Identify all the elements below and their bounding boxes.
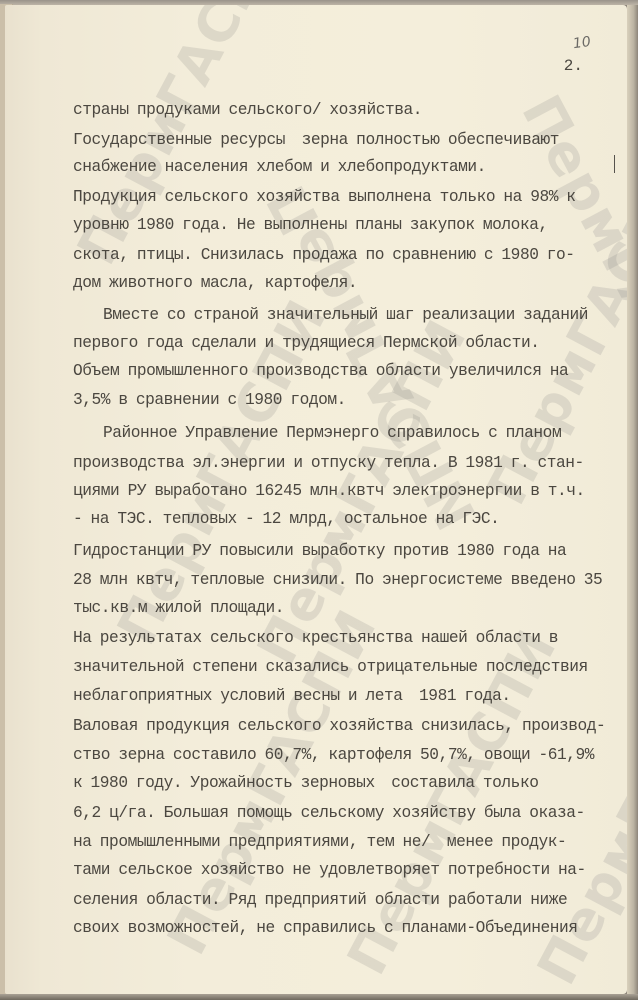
text-line: значительной степени сказались отрицател… bbox=[73, 657, 588, 677]
text-line: тыс.кв.м жилой площади. bbox=[73, 598, 284, 618]
text-line: неблагоприятных условий весны и лета 198… bbox=[73, 686, 511, 706]
text-line: Валовая продукция сельского хозяйства сн… bbox=[73, 716, 605, 736]
text-line: 3,5% в сравнении с 1980 годом. bbox=[73, 390, 346, 410]
margin-mark bbox=[614, 155, 615, 173]
text-line: уровню 1980 года. Не выполнены планы зак… bbox=[73, 215, 548, 235]
text-line: - на ТЭС. тепловых - 12 млрд, остальное … bbox=[73, 509, 499, 529]
text-line: 6,2 ц/га. Большая помощь сельскому хозяй… bbox=[73, 803, 585, 823]
scan-bottom-edge bbox=[0, 994, 638, 1000]
text-line: на промышленными предприятиями, тем не/ … bbox=[73, 832, 566, 852]
text-line: селения области. Ряд предприятий области… bbox=[73, 890, 567, 910]
text-line: циями РУ выработано 16245 млн.квтч элект… bbox=[73, 481, 585, 501]
text-line: ство зерна составило 60,7%, картофеля 50… bbox=[73, 745, 594, 765]
page-right-edge bbox=[627, 5, 638, 994]
text-line: 28 млн квтч, тепловые снизили. По энерго… bbox=[73, 570, 602, 590]
text-line: страны продуками сельского/ хозяйства. bbox=[73, 100, 422, 120]
archive-sheet-number: 10 bbox=[572, 34, 592, 52]
text-line: Продукция сельского хозяйства выполнена … bbox=[73, 187, 576, 207]
text-line: Районное Управление Пермэнерго справилос… bbox=[103, 423, 561, 443]
text-line: своих возможностей, не справились с план… bbox=[73, 918, 578, 938]
text-line: производства эл.энергии и отпуску тепла.… bbox=[73, 453, 584, 473]
text-line: снабжение населения хлебом и хлебопродук… bbox=[73, 157, 486, 177]
text-line: к 1980 году. Урожайность зерновых состав… bbox=[73, 773, 538, 793]
text-line: Вместе со страной значительный шаг реали… bbox=[103, 305, 588, 325]
text-line: Гидростанции РУ повысили выработку проти… bbox=[73, 541, 566, 561]
text-line: скота, птицы. Снизилась продажа по сравн… bbox=[73, 245, 575, 265]
document-page: ПермГАСПИ ПермГАСПИ ПермГАСПИ ПермГАСПИ … bbox=[5, 5, 627, 994]
text-line: Объем промышленного производства области… bbox=[73, 361, 568, 381]
text-line: Государственные ресурсы зерна полностью … bbox=[73, 130, 559, 150]
text-line: тами сельское хозяйство не удовлетворяет… bbox=[73, 860, 586, 880]
page-number: 2. bbox=[564, 57, 583, 75]
text-line: первого года сделали и трудящиеся Пермск… bbox=[73, 333, 539, 353]
text-line: На результатах сельского крестьянства на… bbox=[73, 628, 558, 648]
text-line: дом животного масла, картофеля. bbox=[73, 273, 357, 293]
